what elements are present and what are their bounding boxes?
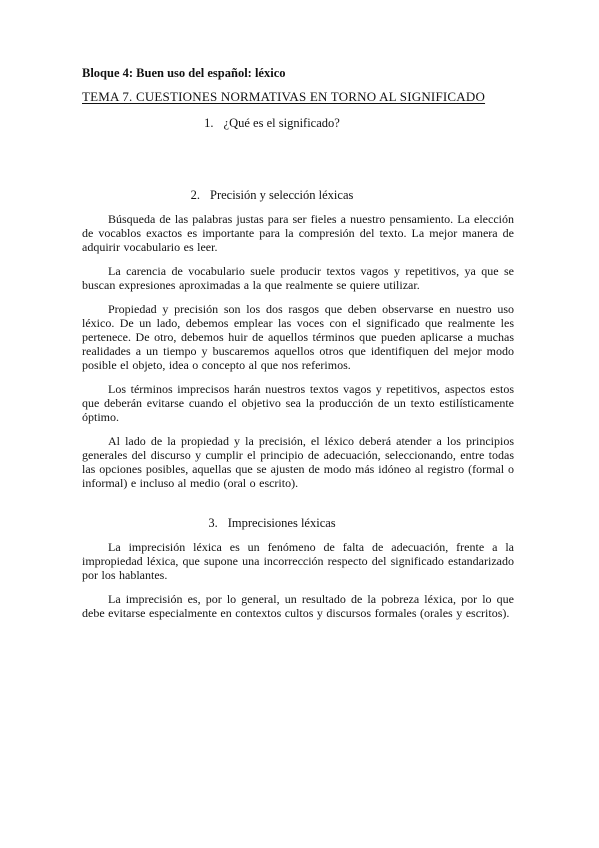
list-item-1: 1.¿Qué es el significado? <box>82 116 462 131</box>
paragraph-adecuacion: Al lado de la propiedad y la precisión, … <box>82 434 514 490</box>
paragraph-propiedad: Propiedad y precisión son los dos rasgos… <box>82 302 514 372</box>
paragraph-carencia: La carencia de vocabulario suele produci… <box>82 264 514 292</box>
document-page: Bloque 4: Buen uso del español: léxico T… <box>0 0 599 848</box>
list-item-2: 2.Precisión y selección léxicas <box>82 188 462 203</box>
paragraph-terminos-imprecisos: Los términos imprecisos harán nuestros t… <box>82 382 514 424</box>
list-item-3: 3.Imprecisiones léxicas <box>82 516 462 531</box>
list-item-3-label: Imprecisiones léxicas <box>228 516 336 530</box>
tema-title: TEMA 7. CUESTIONES NORMATIVAS EN TORNO A… <box>82 89 514 104</box>
list-item-1-number: 1. <box>204 116 213 131</box>
list-item-3-number: 3. <box>208 516 217 531</box>
list-item-2-number: 2. <box>191 188 200 203</box>
list-item-2-label: Precisión y selección léxicas <box>210 188 353 202</box>
list-item-1-label: ¿Qué es el significado? <box>224 116 340 130</box>
paragraph-imprecision-lexica: La imprecisión léxica es un fenómeno de … <box>82 540 514 582</box>
paragraph-busqueda: Búsqueda de las palabras justas para ser… <box>82 212 514 254</box>
paragraph-pobreza-lexica: La imprecisión es, por lo general, un re… <box>82 592 514 620</box>
bloque-title: Bloque 4: Buen uso del español: léxico <box>82 66 514 80</box>
